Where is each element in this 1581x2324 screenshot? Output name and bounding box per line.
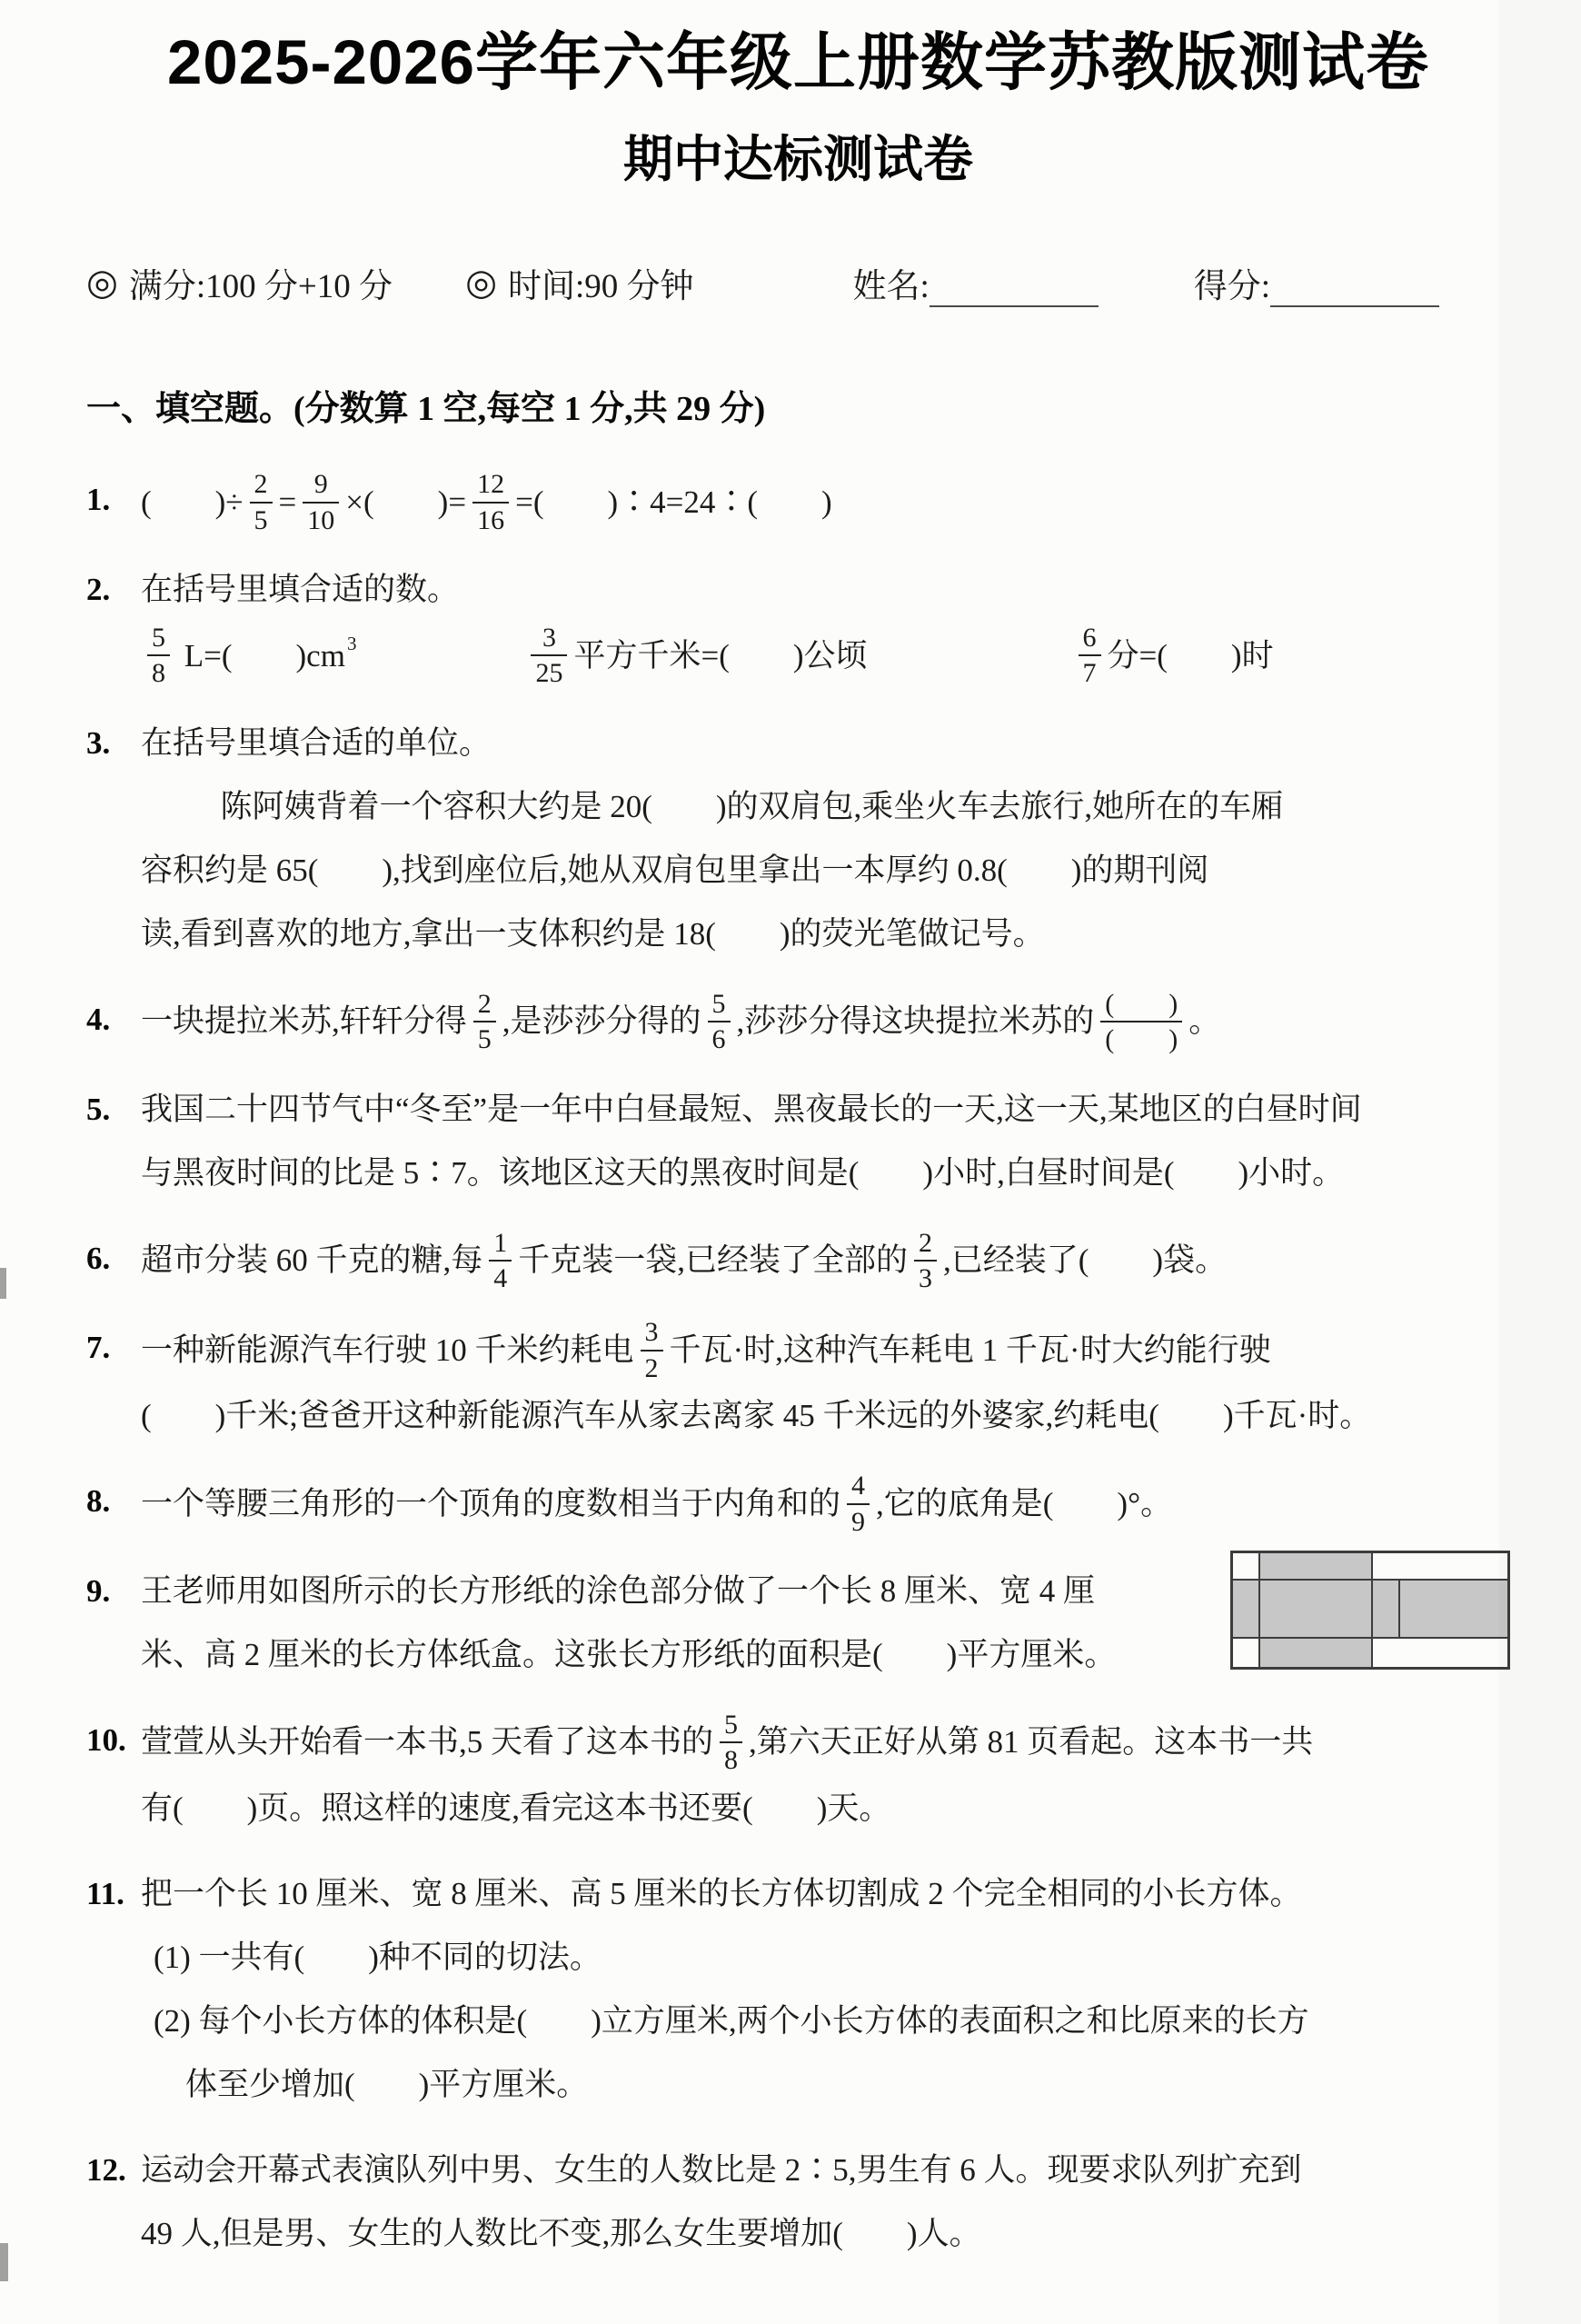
- question-body: 一种新能源汽车行驶 10 千米约耗电32千瓦·时,这种汽车耗电 1 千瓦·时大约…: [141, 1316, 1510, 1448]
- net-figure: [1230, 1551, 1510, 1687]
- fraction-numerator: 2: [473, 988, 496, 1021]
- text-run: L=( )cm: [176, 636, 345, 676]
- question-number: 7.: [86, 1316, 141, 1448]
- text-run: 我国二十四节气中“冬至”是一年中白昼最短、黑夜最长的一天,这一天,某地区的白昼时…: [141, 1090, 1362, 1130]
- question-line: 58 L=( )cm3325平方千米=( )公顷67分=( )时: [141, 622, 1510, 690]
- fraction-numerator: 4: [847, 1470, 870, 1502]
- question-12: 12.运动会开幕式表演队列中男、女生的人数比是 2∶5,男生有 6 人。现要求队…: [86, 2139, 1510, 2266]
- question-text: 一块提拉米苏,轩轩分得25,是莎莎分得的56,莎莎分得这块提拉米苏的( )( )…: [141, 988, 1510, 1056]
- text-run: 超市分装 60 千克的糖,每: [141, 1241, 482, 1281]
- question-line: (2) 每个小长方体的体积是( )立方厘米,两个小长方体的表面积之和比原来的长方: [141, 1990, 1510, 2053]
- text-run: =( )∶4=24∶( ): [515, 483, 832, 523]
- rectangle-net: [1230, 1551, 1510, 1670]
- text-run: ( )÷: [141, 483, 244, 523]
- fraction-numerator: 3: [538, 622, 561, 654]
- text-run: ×( )=: [345, 483, 466, 523]
- time-item: ◎时间:90 分钟: [465, 258, 693, 307]
- text-run: 米、高 2 厘米的长方体纸盒。这张长方形纸的面积是( )平方厘米。: [141, 1635, 1116, 1675]
- question-10: 10.萱萱从头开始看一本书,5 天看了这本书的58,第六天正好从第 81 页看起…: [86, 1709, 1510, 1840]
- question-8: 8.一个等腰三角形的一个顶角的度数相当于内角和的49,它的底角是( )°。: [86, 1470, 1510, 1538]
- text-run: 体至少增加( )平方厘米。: [185, 2065, 588, 2105]
- question-line: 读,看到喜欢的地方,拿出一支体积约是 18( )的荧光笔做记号。: [141, 903, 1510, 966]
- time-label: 时间:90 分钟: [508, 258, 694, 307]
- text-run: 49 人,但是男、女生的人数比不变,那么女生要增加( )人。: [141, 2214, 981, 2254]
- fraction: 23: [914, 1227, 937, 1295]
- question-body: 王老师用如图所示的长方形纸的涂色部分做了一个长 8 厘米、宽 4 厘米、高 2 …: [141, 1560, 1510, 1687]
- question-line: 一种新能源汽车行驶 10 千米约耗电32千瓦·时,这种汽车耗电 1 千瓦·时大约…: [141, 1316, 1510, 1384]
- question-line: 有( )页。照这样的速度,看完这本书还要( )天。: [141, 1777, 1510, 1840]
- question-line: 在括号里填合适的单位。: [141, 712, 1510, 775]
- section-heading-fill-in-blanks: 一、填空题。(分数算 1 空,每空 1 分,共 29 分): [86, 380, 1510, 430]
- fraction-numerator: 1: [489, 1227, 512, 1260]
- question-1: 1.( )÷25=910×( )=1216=( )∶4=24∶( ): [86, 468, 1510, 536]
- text-run: 一个等腰三角形的一个顶角的度数相当于内角和的: [141, 1484, 840, 1524]
- name-blank-line: [930, 269, 1099, 307]
- fraction: 49: [847, 1470, 870, 1538]
- fraction-denominator: 8: [147, 654, 170, 689]
- fraction: 910: [303, 468, 339, 536]
- name-label: 姓名:: [853, 258, 930, 307]
- fraction-denominator: 8: [720, 1741, 742, 1776]
- text-run: ,已经装了( )袋。: [943, 1241, 1227, 1281]
- question-line: 把一个长 10 厘米、宽 8 厘米、高 5 厘米的长方体切割成 2 个完全相同的…: [141, 1862, 1510, 1926]
- question-number: 9.: [86, 1560, 141, 1687]
- question-number: 12.: [86, 2139, 141, 2266]
- fraction-denominator: 7: [1079, 654, 1101, 689]
- paper-subtitle: 期中达标测试卷: [86, 119, 1510, 191]
- text-run: 平方千米=( )公顷: [573, 636, 867, 676]
- fraction-numerator: 5: [720, 1709, 742, 1741]
- net-cell-shaded: [1260, 1581, 1373, 1639]
- double-circle-icon: ◎: [86, 264, 118, 301]
- fraction-denominator: ( ): [1100, 1021, 1182, 1055]
- question-number: 1.: [86, 468, 141, 536]
- question-line: 在括号里填合适的数。: [141, 558, 1510, 622]
- question-number: 2.: [86, 558, 141, 690]
- fraction-denominator: 5: [250, 502, 273, 536]
- full-score-label: 满分:100 分+10 分: [129, 258, 393, 307]
- question-text: 一种新能源汽车行驶 10 千米约耗电32千瓦·时,这种汽车耗电 1 千瓦·时大约…: [141, 1316, 1510, 1448]
- fraction-denominator: 9: [847, 1503, 870, 1538]
- fraction-denominator: 6: [708, 1021, 731, 1055]
- question-line: 萱萱从头开始看一本书,5 天看了这本书的58,第六天正好从第 81 页看起。这本…: [141, 1709, 1510, 1777]
- superscript: 3: [347, 632, 357, 655]
- fraction-denominator: 10: [303, 502, 339, 536]
- text-run: 陈阿姨背着一个容积大约是 20( )的双肩包,乘坐火车去旅行,她所在的车厢: [221, 787, 1284, 827]
- fraction-denominator: 25: [531, 654, 567, 689]
- net-cell-blank: [1233, 1639, 1260, 1667]
- test-paper-page: 2025-2026学年六年级上册数学苏教版测试卷 期中达标测试卷 ◎满分:100…: [0, 0, 1581, 2324]
- net-cell-shaded: [1233, 1581, 1260, 1639]
- question-line: 王老师用如图所示的长方形纸的涂色部分做了一个长 8 厘米、宽 4 厘: [141, 1560, 1216, 1623]
- question-line: 我国二十四节气中“冬至”是一年中白昼最短、黑夜最长的一天,这一天,某地区的白昼时…: [141, 1078, 1510, 1142]
- paper-info-row: ◎满分:100 分+10 分 ◎时间:90 分钟 姓名: 得分:: [86, 258, 1510, 307]
- question-line: 49 人,但是男、女生的人数比不变,那么女生要增加( )人。: [141, 2202, 1510, 2266]
- fraction-denominator: 4: [489, 1260, 512, 1294]
- question-line: 体至少增加( )平方厘米。: [141, 2053, 1510, 2117]
- question-line: (1) 一共有( )种不同的切法。: [141, 1926, 1510, 1990]
- net-cell-blank: [1373, 1639, 1507, 1667]
- fraction-numerator: ( ): [1100, 988, 1182, 1021]
- net-cell-blank: [1233, 1553, 1260, 1581]
- fraction-numerator: 3: [641, 1316, 663, 1349]
- name-field: 姓名:: [853, 258, 1099, 307]
- text-run: 有( )页。照这样的速度,看完这本书还要( )天。: [141, 1789, 890, 1829]
- fraction-numerator: 2: [250, 468, 273, 501]
- score-field: 得分:: [1194, 258, 1439, 307]
- spacer: [868, 655, 1072, 656]
- fraction-numerator: 2: [914, 1227, 937, 1260]
- question-body: 在括号里填合适的单位。陈阿姨背着一个容积大约是 20( )的双肩包,乘坐火车去旅…: [141, 712, 1510, 966]
- text-run: 把一个长 10 厘米、宽 8 厘米、高 5 厘米的长方体切割成 2 个完全相同的…: [141, 1874, 1302, 1914]
- fraction: 56: [708, 988, 731, 1056]
- question-text: 在括号里填合适的单位。陈阿姨背着一个容积大约是 20( )的双肩包,乘坐火车去旅…: [141, 712, 1510, 966]
- text-run: =: [279, 483, 297, 523]
- question-11: 11.把一个长 10 厘米、宽 8 厘米、高 5 厘米的长方体切割成 2 个完全…: [86, 1862, 1510, 2117]
- question-number: 8.: [86, 1470, 141, 1538]
- question-text: 我国二十四节气中“冬至”是一年中白昼最短、黑夜最长的一天,这一天,某地区的白昼时…: [141, 1078, 1510, 1205]
- question-line: 米、高 2 厘米的长方体纸盒。这张长方形纸的面积是( )平方厘米。: [141, 1623, 1216, 1687]
- question-9: 9.王老师用如图所示的长方形纸的涂色部分做了一个长 8 厘米、宽 4 厘米、高 …: [86, 1560, 1510, 1687]
- question-number: 3.: [86, 712, 141, 966]
- net-cell-shaded: [1260, 1553, 1373, 1581]
- question-4: 4.一块提拉米苏,轩轩分得25,是莎莎分得的56,莎莎分得这块提拉米苏的( )(…: [86, 988, 1510, 1056]
- question-body: 在括号里填合适的数。58 L=( )cm3325平方千米=( )公顷67分=( …: [141, 558, 1510, 690]
- question-3: 3.在括号里填合适的单位。陈阿姨背着一个容积大约是 20( )的双肩包,乘坐火车…: [86, 712, 1510, 966]
- question-body: 萱萱从头开始看一本书,5 天看了这本书的58,第六天正好从第 81 页看起。这本…: [141, 1709, 1510, 1840]
- text-run: ,第六天正好从第 81 页看起。这本书一共: [749, 1722, 1313, 1762]
- fraction: 25: [473, 988, 496, 1056]
- question-text: 超市分装 60 千克的糖,每14千克装一袋,已经装了全部的23,已经装了( )袋…: [141, 1227, 1510, 1295]
- question-number: 11.: [86, 1862, 141, 2117]
- question-body: 我国二十四节气中“冬至”是一年中白昼最短、黑夜最长的一天,这一天,某地区的白昼时…: [141, 1078, 1510, 1205]
- question-2: 2.在括号里填合适的数。58 L=( )cm3325平方千米=( )公顷67分=…: [86, 558, 1510, 690]
- question-body: 超市分装 60 千克的糖,每14千克装一袋,已经装了全部的23,已经装了( )袋…: [141, 1227, 1510, 1295]
- question-6: 6.超市分装 60 千克的糖,每14千克装一袋,已经装了全部的23,已经装了( …: [86, 1227, 1510, 1295]
- spacer: [356, 655, 524, 656]
- text-run: 萱萱从头开始看一本书,5 天看了这本书的: [141, 1722, 713, 1762]
- text-run: 千瓦·时,这种汽车耗电 1 千瓦·时大约能行驶: [670, 1331, 1271, 1371]
- text-run: 容积约是 65( ),找到座位后,她从双肩包里拿出一本厚约 0.8( )的期刊阅: [141, 851, 1208, 891]
- text-run: 分=( )时: [1108, 636, 1274, 676]
- fraction-denominator: 16: [472, 502, 509, 536]
- text-run: ,是莎莎分得的: [502, 1002, 701, 1042]
- net-cell-blank: [1373, 1553, 1507, 1581]
- question-number: 5.: [86, 1078, 141, 1205]
- question-line: 一块提拉米苏,轩轩分得25,是莎莎分得的56,莎莎分得这块提拉米苏的( )( )…: [141, 988, 1510, 1056]
- fraction: ( )( ): [1100, 988, 1182, 1056]
- scan-artifact: [0, 2243, 8, 2281]
- text-run: 一块提拉米苏,轩轩分得: [141, 1002, 467, 1042]
- text-run: 千克装一袋,已经装了全部的: [518, 1241, 908, 1281]
- question-line: ( )÷25=910×( )=1216=( )∶4=24∶( ): [141, 468, 1510, 536]
- questions-list: 1.( )÷25=910×( )=1216=( )∶4=24∶( )2.在括号里…: [86, 468, 1510, 2265]
- question-text: 一个等腰三角形的一个顶角的度数相当于内角和的49,它的底角是( )°。: [141, 1470, 1510, 1538]
- text-run: 在括号里填合适的单位。: [141, 723, 491, 763]
- fraction: 25: [250, 468, 273, 536]
- text-run: ,莎莎分得这块提拉米苏的: [737, 1002, 1095, 1042]
- text-run: 王老师用如图所示的长方形纸的涂色部分做了一个长 8 厘米、宽 4 厘: [141, 1571, 1095, 1611]
- fraction: 58: [720, 1709, 742, 1777]
- question-body: 运动会开幕式表演队列中男、女生的人数比是 2∶5,男生有 6 人。现要求队列扩充…: [141, 2139, 1510, 2266]
- question-number: 4.: [86, 988, 141, 1056]
- text-run: (2) 每个小长方体的体积是( )立方厘米,两个小长方体的表面积之和比原来的长方: [154, 2001, 1309, 2041]
- fraction: 67: [1079, 622, 1101, 690]
- question-line: ( )千米;爸爸开这种新能源汽车从家去离家 45 千米远的外婆家,约耗电( )千…: [141, 1384, 1510, 1448]
- question-body: 把一个长 10 厘米、宽 8 厘米、高 5 厘米的长方体切割成 2 个完全相同的…: [141, 1862, 1510, 2117]
- full-score-item: ◎满分:100 分+10 分: [86, 258, 393, 307]
- fraction: 32: [641, 1316, 663, 1384]
- question-body: 一个等腰三角形的一个顶角的度数相当于内角和的49,它的底角是( )°。: [141, 1470, 1510, 1538]
- question-text: 运动会开幕式表演队列中男、女生的人数比是 2∶5,男生有 6 人。现要求队列扩充…: [141, 2139, 1510, 2266]
- text-run: 一种新能源汽车行驶 10 千米约耗电: [141, 1331, 634, 1371]
- question-text: 把一个长 10 厘米、宽 8 厘米、高 5 厘米的长方体切割成 2 个完全相同的…: [141, 1862, 1510, 2117]
- question-body: ( )÷25=910×( )=1216=( )∶4=24∶( ): [141, 468, 1510, 536]
- net-row: [1233, 1553, 1507, 1581]
- fraction-numerator: 12: [472, 468, 509, 501]
- net-cell-shaded: [1373, 1581, 1400, 1639]
- question-line: 容积约是 65( ),找到座位后,她从双肩包里拿出一本厚约 0.8( )的期刊阅: [141, 839, 1510, 903]
- question-line: 陈阿姨背着一个容积大约是 20( )的双肩包,乘坐火车去旅行,她所在的车厢: [141, 775, 1510, 839]
- question-5: 5.我国二十四节气中“冬至”是一年中白昼最短、黑夜最长的一天,这一天,某地区的白…: [86, 1078, 1510, 1205]
- question-text: ( )÷25=910×( )=1216=( )∶4=24∶( ): [141, 468, 1510, 536]
- net-row: [1233, 1639, 1507, 1667]
- fraction-denominator: 3: [914, 1260, 937, 1294]
- fraction-denominator: 5: [473, 1021, 496, 1055]
- paper-title: 2025-2026学年六年级上册数学苏教版测试卷: [86, 27, 1510, 97]
- question-line: 与黑夜时间的比是 5∶7。该地区这天的黑夜时间是( )小时,白昼时间是( )小时…: [141, 1142, 1510, 1205]
- fraction-numerator: 5: [708, 988, 731, 1021]
- question-number: 10.: [86, 1709, 141, 1840]
- fraction: 1216: [472, 468, 509, 536]
- text-run: 。: [1188, 1002, 1220, 1042]
- score-blank-line: [1270, 269, 1439, 307]
- question-7: 7.一种新能源汽车行驶 10 千米约耗电32千瓦·时,这种汽车耗电 1 千瓦·时…: [86, 1316, 1510, 1448]
- fraction: 325: [531, 622, 567, 690]
- question-text: 在括号里填合适的数。58 L=( )cm3325平方千米=( )公顷67分=( …: [141, 558, 1510, 690]
- score-label: 得分:: [1194, 258, 1270, 307]
- question-text: 萱萱从头开始看一本书,5 天看了这本书的58,第六天正好从第 81 页看起。这本…: [141, 1709, 1510, 1840]
- fraction-numerator: 9: [310, 468, 333, 501]
- text-run: 与黑夜时间的比是 5∶7。该地区这天的黑夜时间是( )小时,白昼时间是( )小时…: [141, 1153, 1344, 1193]
- text-run: 读,看到喜欢的地方,拿出一支体积约是 18( )的荧光笔做记号。: [141, 914, 1045, 954]
- fraction-denominator: 2: [641, 1350, 663, 1384]
- text-run: 在括号里填合适的数。: [141, 570, 459, 610]
- question-line: 超市分装 60 千克的糖,每14千克装一袋,已经装了全部的23,已经装了( )袋…: [141, 1227, 1510, 1295]
- question-line: 运动会开幕式表演队列中男、女生的人数比是 2∶5,男生有 6 人。现要求队列扩充…: [141, 2139, 1510, 2202]
- question-body: 一块提拉米苏,轩轩分得25,是莎莎分得的56,莎莎分得这块提拉米苏的( )( )…: [141, 988, 1510, 1056]
- net-row: [1233, 1581, 1507, 1639]
- fraction-numerator: 6: [1079, 622, 1101, 654]
- text-run: (1) 一共有( )种不同的切法。: [154, 1938, 602, 1978]
- text-run: ( )千米;爸爸开这种新能源汽车从家去离家 45 千米远的外婆家,约耗电( )千…: [141, 1396, 1371, 1436]
- question-text: 王老师用如图所示的长方形纸的涂色部分做了一个长 8 厘米、宽 4 厘米、高 2 …: [141, 1560, 1216, 1687]
- question-number: 6.: [86, 1227, 141, 1295]
- text-run: 运动会开幕式表演队列中男、女生的人数比是 2∶5,男生有 6 人。现要求队列扩充…: [141, 2150, 1302, 2190]
- fraction-numerator: 5: [147, 622, 170, 654]
- scan-artifact: [0, 1268, 6, 1299]
- net-cell-shaded: [1260, 1639, 1373, 1667]
- fraction: 58: [147, 622, 170, 690]
- fraction: 14: [489, 1227, 512, 1295]
- text-run: ,它的底角是( )°。: [876, 1484, 1172, 1524]
- double-circle-icon: ◎: [465, 264, 497, 301]
- net-cell-shaded: [1400, 1581, 1507, 1639]
- question-line: 一个等腰三角形的一个顶角的度数相当于内角和的49,它的底角是( )°。: [141, 1470, 1510, 1538]
